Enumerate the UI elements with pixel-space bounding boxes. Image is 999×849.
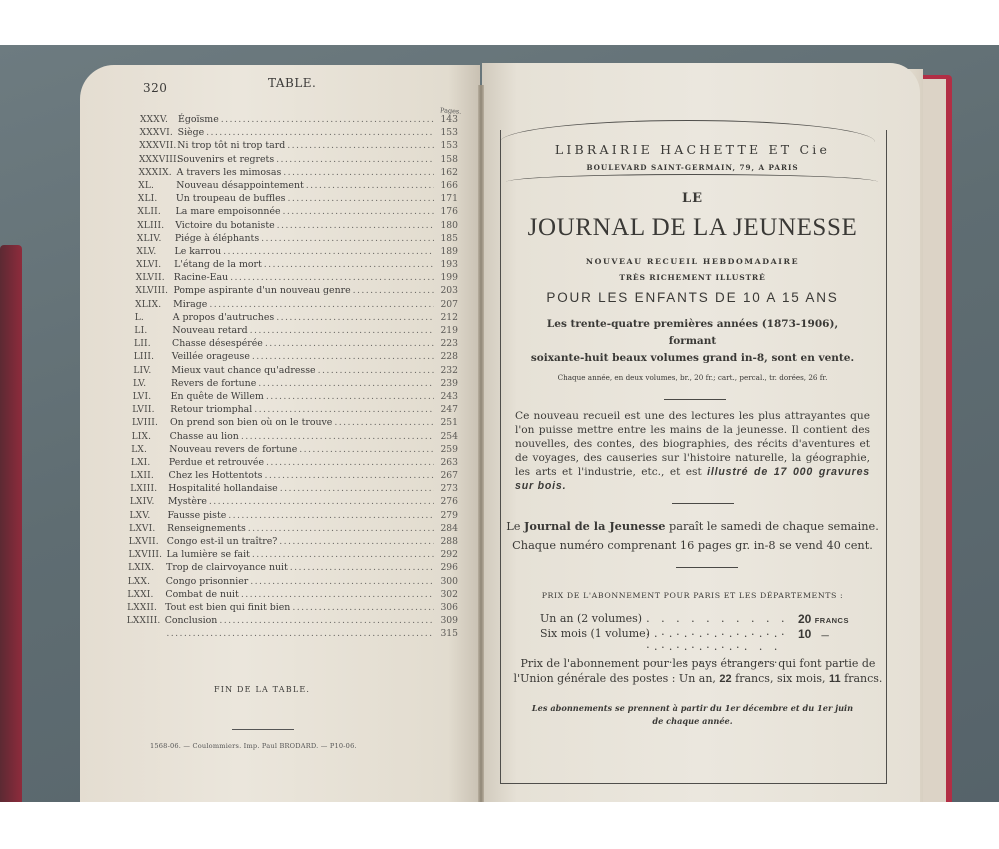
subtitle-weekly: NOUVEAU RECUEIL HEBDOMADAIRE [500, 257, 885, 266]
chapter-page: 185 [436, 232, 458, 245]
chapter-number: XLVI. [136, 259, 174, 272]
end-note: FIN DE LA TABLE. [214, 685, 310, 694]
chapter-page: 292 [436, 548, 458, 561]
chapter-title: Ni trop tôt ni trop tard [177, 139, 285, 152]
leader-dots [287, 192, 434, 205]
chapter-page: 302 [436, 588, 458, 601]
chapter-number: LXX. [128, 576, 166, 589]
chapter-title: On prend son bien où on le trouve [170, 416, 332, 429]
leader-dots [219, 614, 434, 627]
leader-dots [230, 271, 434, 284]
toc-row: LXVIII.La lumière se fait292 [128, 548, 458, 561]
toc-row: LXIII.Hospitalité hollandaise273 [130, 482, 458, 495]
chapter-page: 193 [436, 258, 458, 271]
leader-dots [276, 153, 434, 166]
chapter-number: XXXVI. [140, 127, 178, 140]
chapter-number: LXIX. [128, 562, 166, 575]
leader-dots [248, 522, 434, 535]
toc-row: LV.Revers de fortune239 [133, 377, 458, 390]
chapter-page: 315 [436, 627, 458, 640]
subscription-note: Les abonnements se prennent à partir du … [500, 702, 885, 728]
chapter-title: Égoïsme [178, 113, 219, 126]
chapter-number: LXV. [130, 510, 168, 523]
toc-row: LXVI.Renseignements284 [129, 522, 458, 535]
years-line: Les trente-quatre premières années (1873… [500, 318, 885, 330]
toc-row: L.A propos d'autruches212 [135, 311, 458, 324]
leader-dots [252, 350, 434, 363]
publisher-name: LIBRAIRIE HACHETTE ET Cie [500, 142, 885, 157]
chapter-title: A travers les mimosas [177, 166, 282, 179]
toc-row: XLI.Un troupeau de buffles171 [138, 192, 458, 205]
leader-dots [223, 245, 434, 258]
chapter-title: Congo prisonnier [166, 575, 249, 588]
chapter-title: Chasse au lion [170, 430, 239, 443]
page-header: TABLE. [268, 76, 316, 90]
toc-row: XXXIX.A travers les mimosas162 [139, 166, 458, 179]
chapter-page: 259 [436, 443, 458, 456]
audience-line: POUR LES ENFANTS DE 10 A 15 ANS [500, 290, 885, 305]
divider [672, 503, 734, 504]
chapter-number: XLIII. [137, 220, 175, 233]
chapter-page: 276 [436, 495, 458, 508]
amount: 10 [798, 627, 811, 641]
chapter-page: 166 [436, 179, 458, 192]
leader-dots [283, 166, 434, 179]
chapter-number: XLVIII. [135, 285, 173, 298]
chapter-page: 162 [436, 166, 458, 179]
endpaper [922, 79, 946, 802]
chapter-title: Combat de nuit [165, 588, 238, 601]
chapter-number: LXXII. [127, 602, 165, 615]
chapter-title: Siège [178, 126, 205, 139]
chapter-page: 273 [436, 482, 458, 495]
subscription-header: PRIX DE L'ABONNEMENT POUR PARIS ET LES D… [500, 591, 885, 600]
publication-schedule: Le Journal de la Jeunesse paraît le same… [500, 519, 885, 533]
leader-dots [252, 548, 434, 561]
leader-dots [261, 232, 434, 245]
toc-row: LXXIII.Conclusion309 [127, 614, 458, 627]
chapter-number: LXII. [131, 470, 169, 483]
chapter-number: LV. [133, 378, 171, 391]
toc-row: LXX.Congo prisonnier300 [128, 575, 458, 588]
chapter-title: Fausse piste [168, 509, 227, 522]
text: Le [506, 520, 524, 533]
leader-dots [241, 588, 434, 601]
title-article: LE [500, 191, 885, 206]
chapter-page: 232 [436, 364, 458, 377]
leader-dots [283, 205, 434, 218]
note-line: Les abonnements se prennent à partir du … [500, 702, 885, 715]
chapter-page: 228 [436, 350, 458, 363]
chapter-number: LXIII. [130, 483, 168, 496]
chapter-title: Victoire du botaniste [175, 219, 274, 232]
leader-dots [280, 482, 434, 495]
chapter-title: Congo est-il un traître? [167, 535, 277, 548]
amount: 22 [719, 673, 731, 685]
leader-dots [254, 403, 434, 416]
toc-row: LIII.Veillée orageuse228 [134, 350, 458, 363]
leader-dots [290, 561, 434, 574]
chapter-number: LIII. [134, 351, 172, 364]
leader-dots [287, 139, 434, 152]
toc-row: XLVIII.Pompe aspirante d'un nouveau genr… [135, 284, 458, 297]
chapter-page: 223 [436, 337, 458, 350]
chapter-title: Piége à éléphants [175, 232, 259, 245]
leader-dots [221, 113, 434, 126]
chapter-number: XLIV. [137, 233, 175, 246]
toc-row: LIV.Mieux vaut chance qu'adresse232 [133, 364, 458, 377]
chapter-page: 180 [436, 219, 458, 232]
printer-colophon: 1568-06. — Coulommiers. Imp. Paul BRODAR… [150, 742, 357, 750]
journal-name: Journal de la Jeunesse [524, 519, 665, 533]
amount: 20 [798, 612, 811, 626]
chapter-page: 171 [436, 192, 458, 205]
book-cover-left [0, 245, 22, 802]
leader-dots [250, 575, 434, 588]
chapter-number: XXXVII. [139, 140, 177, 153]
chapter-page: 243 [436, 390, 458, 403]
chapter-page: 153 [436, 126, 458, 139]
chapter-title: Tout est bien qui finit bien [165, 601, 290, 614]
chapter-title: En quête de Willem [171, 390, 264, 403]
chapter-title: L'étang de la mort [174, 258, 262, 271]
chapter-title: Hospitalité hollandaise [168, 482, 278, 495]
leader-dots [209, 298, 434, 311]
leader-dots [258, 377, 434, 390]
toc-row: XXXVIII.Souvenirs et regrets158 [139, 153, 458, 166]
toc-row: XXXV.Égoïsme143 [140, 113, 458, 126]
chapter-title: Nouveau revers de fortune [169, 443, 297, 456]
leader-dots [241, 430, 434, 443]
chapter-page: 279 [436, 509, 458, 522]
chapter-page: 176 [436, 205, 458, 218]
chapter-number: LIV. [133, 365, 171, 378]
unit: FRANCS [815, 616, 849, 625]
chapter-number: LXVI. [129, 523, 167, 536]
amount: 11 [829, 673, 841, 685]
price-line: Chaque année, en deux volumes, br., 20 f… [500, 373, 885, 382]
chapter-number: XLII. [138, 206, 176, 219]
chapter-number: XXXIX. [139, 167, 177, 180]
chapter-number: LXXI. [127, 589, 165, 602]
chapter-title: Retour triomphal [170, 403, 252, 416]
toc-row: LXI.Perdue et retrouvée263 [131, 456, 458, 469]
note-line: de chaque année. [500, 715, 885, 728]
chapter-page: 203 [436, 284, 458, 297]
page-number: 320 [143, 81, 167, 95]
leader-dots [166, 627, 434, 640]
chapter-number: L. [135, 312, 173, 325]
leader-dots [266, 456, 434, 469]
leader-dots [353, 284, 434, 297]
chapter-title: Chez les Hottentots [169, 469, 263, 482]
chapter-title: Nouveau retard [172, 324, 247, 337]
leader-dots [318, 364, 434, 377]
chapter-number: XLVII. [136, 272, 174, 285]
chapter-page: 306 [436, 601, 458, 614]
chapter-number: LVII. [132, 404, 170, 417]
chapter-page: 158 [436, 153, 458, 166]
chapter-number: LXVIII. [128, 549, 166, 562]
formant-line: formant [500, 335, 885, 347]
toc-row: XXXVI.Siège153 [140, 126, 458, 139]
chapter-number: LII. [134, 338, 172, 351]
leader-dots [265, 337, 434, 350]
divider [232, 729, 294, 730]
chapter-title: Renseignements [167, 522, 246, 535]
leader-dots [299, 443, 434, 456]
chapter-number: XLV. [137, 246, 175, 259]
chapter-title: Perdue et retrouvée [169, 456, 264, 469]
toc-row: LXIX.Trop de clairvoyance nuit296 [128, 561, 458, 574]
chapter-page: 267 [436, 469, 458, 482]
chapter-title: Revers de fortune [171, 377, 256, 390]
journal-title: JOURNAL DE LA JEUNESSE [500, 214, 885, 242]
subtitle-illustrated: TRÈS RICHEMENT ILLUSTRÉ [500, 273, 885, 282]
chapter-title: Le karrou [175, 245, 222, 258]
chapter-title: Racine-Eau [174, 271, 228, 284]
toc-row: LXV.Fausse piste279 [130, 509, 459, 522]
leader-dots [306, 179, 434, 192]
chapter-number: XXXV. [140, 114, 178, 127]
toc-row: LX.Nouveau revers de fortune259 [131, 443, 458, 456]
chapter-page: 219 [436, 324, 458, 337]
text: paraît le samedi de chaque semaine. [665, 520, 878, 533]
toc-row: LVI.En quête de Willem243 [133, 390, 458, 403]
leader-dots [276, 311, 434, 324]
chapter-number: XXXVIII. [139, 154, 177, 167]
chapter-title: La mare empoisonnée [176, 205, 281, 218]
toc-row: XXXVII.Ni trop tôt ni trop tard153 [139, 139, 458, 152]
chapter-page: 296 [436, 561, 458, 574]
toc-row: XLVII.Racine-Eau199 [136, 271, 458, 284]
chapter-page: 251 [436, 416, 458, 429]
volumes-line: soixante-huit beaux volumes grand in-8, … [500, 352, 885, 364]
chapter-page: 239 [436, 377, 458, 390]
text: francs, six mois, [732, 672, 829, 685]
leader-dots [228, 509, 434, 522]
leader-dots [265, 469, 435, 482]
toc-row: LXVII.Congo est-il un traître?288 [129, 535, 458, 548]
toc-row: LI.Nouveau retard219 [134, 324, 458, 337]
foreign-subscription: Prix de l'abonnement pour les pays étran… [508, 656, 888, 687]
toc-row: XLII.La mare empoisonnée176 [138, 205, 458, 218]
toc-row: LIX.Chasse au lion254 [132, 430, 458, 443]
chapter-page: 247 [436, 403, 458, 416]
table-of-contents: XXXV.Égoïsme143XXXVI.Siège153XXXVII.Ni t… [128, 113, 458, 641]
chapter-number: XLI. [138, 193, 176, 206]
chapter-title: Trop de clairvoyance nuit [166, 561, 288, 574]
chapter-number: LI. [134, 325, 172, 338]
book-gutter [478, 85, 484, 802]
toc-row: LVII.Retour triomphal247 [132, 403, 458, 416]
chapter-number: LXVII. [129, 536, 167, 549]
chapter-page: 143 [436, 113, 458, 126]
chapter-title: Conclusion [165, 614, 218, 627]
toc-row: XL.Nouveau désappointement166 [138, 179, 458, 192]
toc-row: LII.Chasse désespérée223 [134, 337, 458, 350]
chapter-page: 189 [436, 245, 458, 258]
leader-dots [279, 535, 434, 548]
chapter-number: LXXIII. [127, 615, 165, 628]
chapter-title: Mirage [173, 298, 207, 311]
chapter-page: 153 [436, 139, 458, 152]
chapter-page: 284 [436, 522, 458, 535]
chapter-number: XL. [138, 180, 176, 193]
chapter-number: LIX. [132, 431, 170, 444]
chapter-title: Souvenirs et regrets [177, 153, 274, 166]
chapter-title: Nouveau désappointement [176, 179, 304, 192]
chapter-title: Veillée orageuse [172, 350, 250, 363]
toc-row: XLIII.Victoire du botaniste180 [137, 219, 458, 232]
chapter-title: Mieux vaut chance qu'adresse [171, 364, 315, 377]
chapter-page: 199 [436, 271, 458, 284]
chapter-number: LVIII. [132, 417, 170, 430]
leader-dots [206, 126, 434, 139]
leader-dots [250, 324, 434, 337]
chapter-title: Mystère [168, 495, 207, 508]
text: francs. [841, 672, 883, 685]
chapter-title: Chasse désespérée [172, 337, 263, 350]
chapter-number: LVI. [133, 391, 171, 404]
chapter-title: La lumière se fait [166, 548, 249, 561]
chapter-number: XLIX. [135, 299, 173, 312]
leader-dots [277, 219, 434, 232]
toc-row: XLVI.L'étang de la mort193 [136, 258, 458, 271]
chapter-page: 263 [436, 456, 458, 469]
leader-dots [209, 495, 434, 508]
toc-row: LXXII.Tout est bien qui finit bien306 [127, 601, 458, 614]
leader-dots [266, 390, 434, 403]
toc-row: LVIII.On prend son bien où on le trouve2… [132, 416, 458, 429]
toc-row: LXII.Chez les Hottentots267 [131, 469, 458, 482]
toc-row: XLIX.Mirage207 [135, 298, 458, 311]
chapter-title: Pompe aspirante d'un nouveau genre [173, 284, 350, 297]
toc-row: LXIV.Mystère276 [130, 495, 458, 508]
leader-dots [334, 416, 434, 429]
divider [676, 567, 738, 568]
chapter-title: A propos d'autruches [173, 311, 274, 324]
chapter-page: 212 [436, 311, 458, 324]
issue-price: Chaque numéro comprenant 16 pages gr. in… [500, 539, 885, 552]
toc-row: 315 [126, 627, 458, 640]
chapter-number: LXIV. [130, 496, 168, 509]
chapter-number: LXI. [131, 457, 169, 470]
divider [664, 399, 726, 400]
toc-row: XLV.Le karrou189 [137, 245, 459, 258]
description: Ce nouveau recueil est une des lectures … [515, 409, 870, 493]
unit: — [821, 631, 829, 640]
toc-row: XLIV.Piége à éléphants185 [137, 232, 458, 245]
chapter-page: 309 [436, 614, 458, 627]
chapter-page: 288 [436, 535, 458, 548]
chapter-number: LX. [131, 444, 169, 457]
chapter-title: Un troupeau de buffles [176, 192, 286, 205]
leader-dots [264, 258, 434, 271]
leader-dots [292, 601, 434, 614]
publisher-address: BOULEVARD SAINT-GERMAIN, 79, A PARIS [500, 163, 885, 172]
chapter-page: 300 [436, 575, 458, 588]
chapter-page: 207 [436, 298, 458, 311]
chapter-page: 254 [436, 430, 458, 443]
toc-row: LXXI.Combat de nuit302 [127, 588, 458, 601]
